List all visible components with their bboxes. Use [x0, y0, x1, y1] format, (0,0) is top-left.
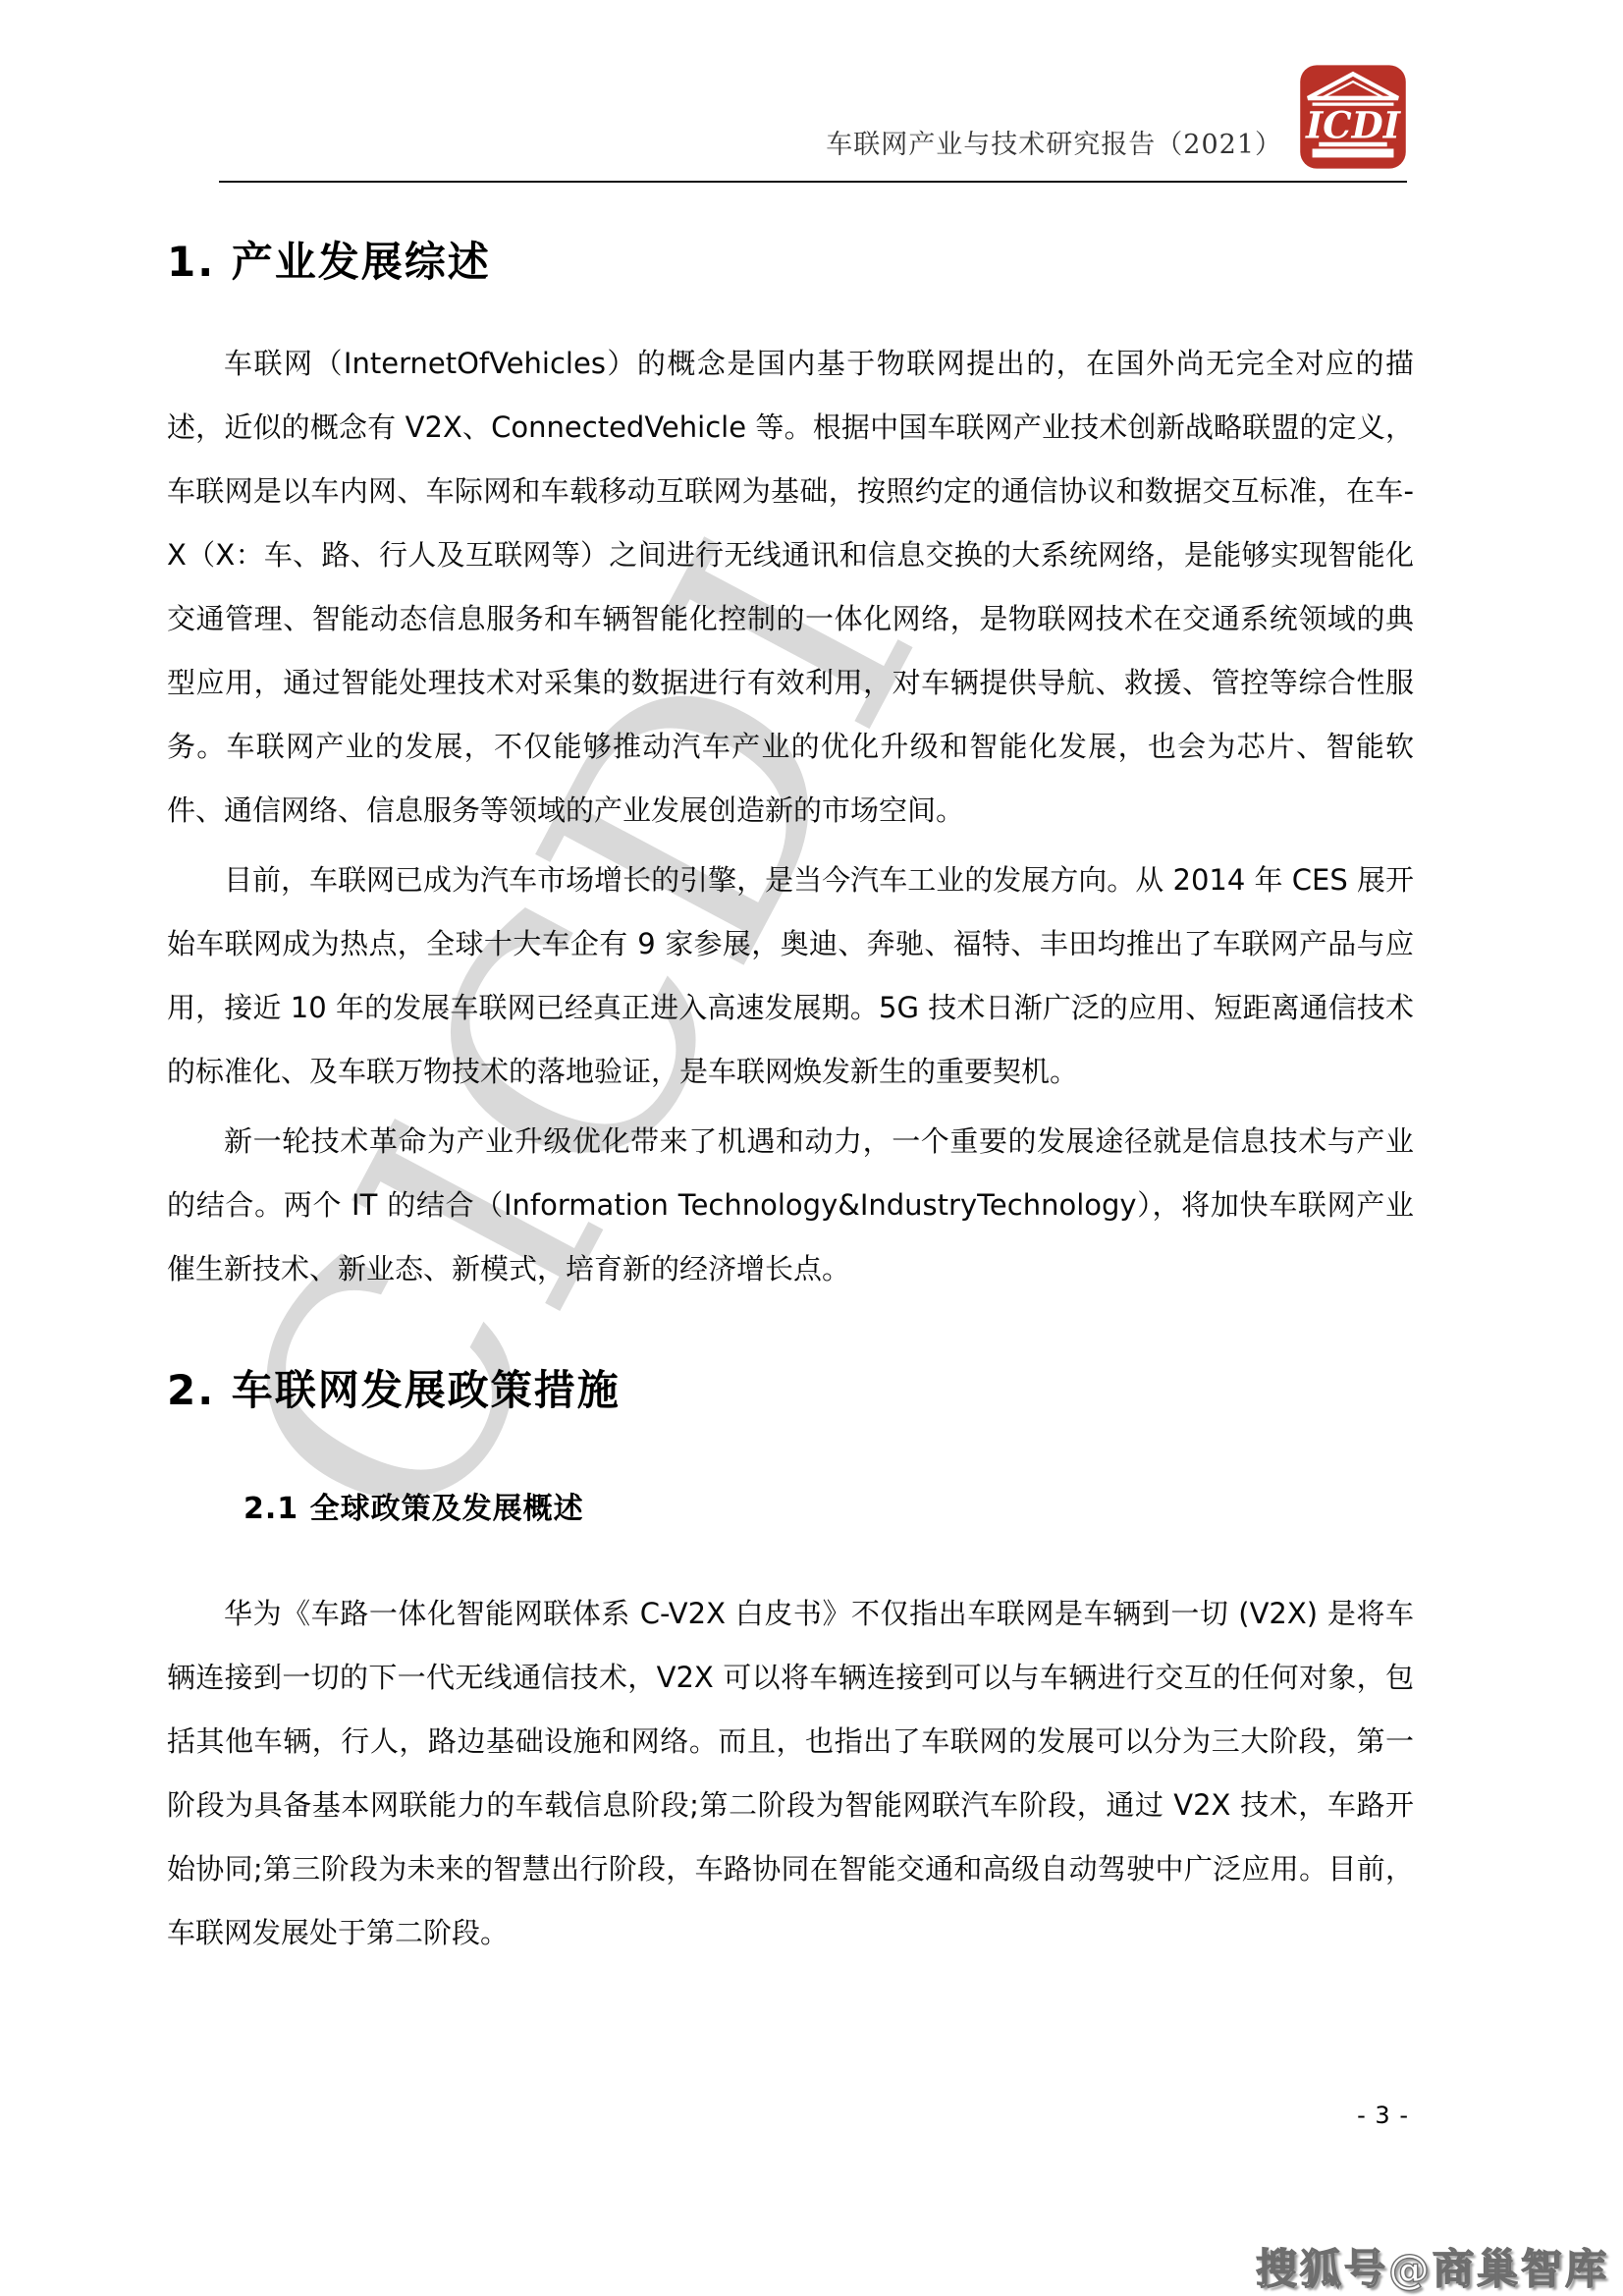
section-2-heading: 2. 车联网发展政策措施 — [167, 1358, 1414, 1417]
document-body: 1. 产业发展综述 车联网（InternetOfVehicles）的概念是国内基… — [167, 230, 1414, 1965]
page-number: - 3 - — [1357, 2102, 1409, 2129]
org-logo: ICDI — [1298, 61, 1408, 173]
sohu-watermark: 搜狐号@商巢智库 — [1256, 2237, 1609, 2296]
page-header: 车联网产业与技术研究报告（2021） ICDI — [167, 61, 1408, 173]
section-2-1-subheading: 2.1 全球政策及发展概述 — [243, 1484, 1414, 1527]
section-1-heading: 1. 产业发展综述 — [167, 230, 1414, 289]
logo-letters: ICDI — [1305, 103, 1402, 146]
document-page: CICDI 车联网产业与技术研究报告（2021） ICDI 1. 产业发展综述 … — [0, 0, 1623, 2296]
paragraph-tech-revolution: 新一轮技术革命为产业升级优化带来了机遇和动力，一个重要的发展途径就是信息技术与产… — [167, 1110, 1414, 1301]
header-divider — [219, 181, 1407, 183]
paragraph-iov-concept: 车联网（InternetOfVehicles）的概念是国内基于物联网提出的，在国… — [167, 332, 1414, 843]
header-title: 车联网产业与技术研究报告（2021） — [826, 123, 1282, 173]
temple-logo-icon: ICDI — [1298, 61, 1408, 173]
paragraph-market-growth: 目前，车联网已成为汽车市场增长的引擎，是当今汽车工业的发展方向。从 2014 年… — [167, 848, 1414, 1104]
paragraph-huawei-whitepaper: 华为《车路一体化智能网联体系 C-V2X 白皮书》不仅指出车联网是车辆到一切 (… — [167, 1582, 1414, 1965]
